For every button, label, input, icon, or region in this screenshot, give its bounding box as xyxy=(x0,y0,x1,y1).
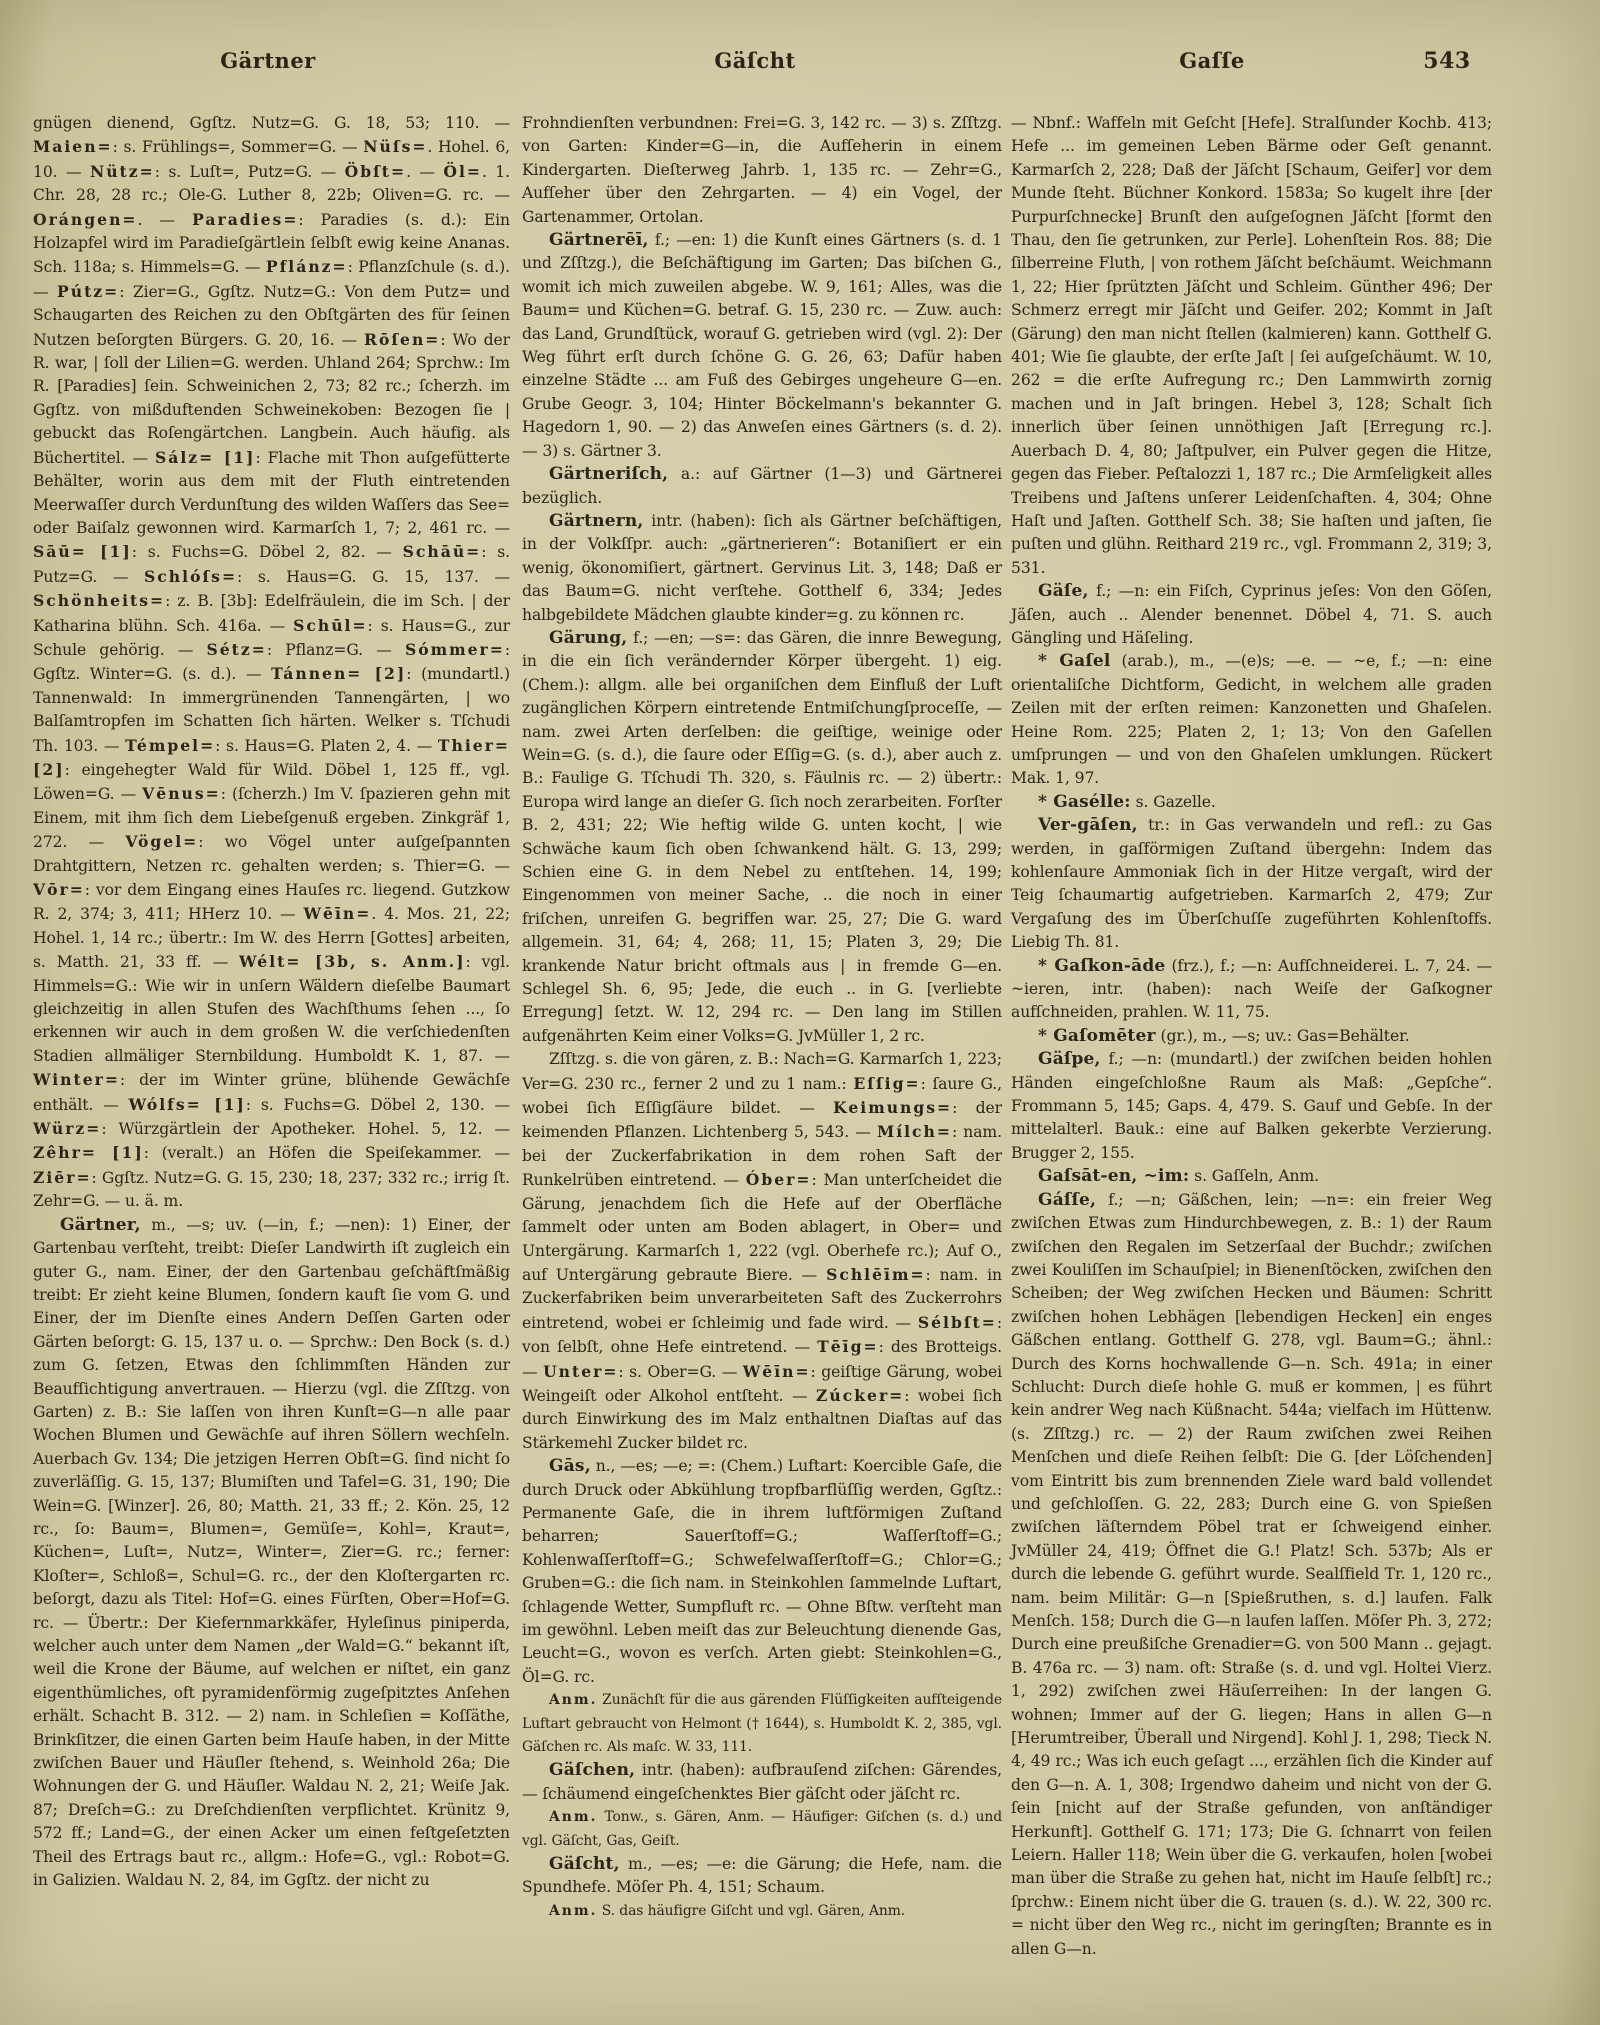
compound-headword: Óber= xyxy=(746,1170,812,1189)
compound-headword: Maien= xyxy=(33,137,113,156)
entry-text: f.; —en: 1) die Kunſt eines Gärtners (s.… xyxy=(522,231,1002,460)
compound-headword: Wélt= [3b, s. Anm.] xyxy=(239,952,465,971)
entry-headword: Gaſsāt-en, ~im: xyxy=(1038,1166,1189,1186)
entry-headword: Gáſſe, xyxy=(1038,1190,1096,1210)
entry-text: : s. Frühlings=, Sommer=G. — xyxy=(113,138,364,156)
entry-headword: * Gasélle: xyxy=(1038,792,1131,812)
compound-headword: Wēīn= xyxy=(743,1362,811,1381)
entry-headword: Gās, xyxy=(549,1456,591,1476)
compound-headword: Würz= xyxy=(33,1119,101,1138)
entry-gaertnern: Gärtnern, intr. (haben): ſich als Gärtne… xyxy=(522,510,1002,627)
entry-text: m., —s; uv. (—in, f.; —nen): 1) Einer, d… xyxy=(33,1216,510,1889)
entry-text: tr.: in Gas verwandeln und refl.: zu Gas… xyxy=(1011,816,1492,951)
compound-headword: Sálz= [1] xyxy=(155,448,255,467)
entry-gasel: * Gaſel (arab.), m., —(e)s; —e. — ~e, f.… xyxy=(1011,650,1492,790)
text-column-left: gnügen dienend, Ggſtz. Nutz=G. G. 18, 53… xyxy=(33,112,510,1892)
entry-text: : s. Ober=G. — xyxy=(618,1363,742,1381)
entry-text: n., —es; —e; =: (Chem.) Luftart: Koercib… xyxy=(522,1457,1002,1686)
entry-text: Frohndienſten verbundnen: Frei=G. 3, 142… xyxy=(522,114,1002,226)
entry-gasometer: * Gaſomēter (gr.), m., —s; uv.: Gas=Behä… xyxy=(1011,1025,1492,1048)
page-number: 543 xyxy=(1392,48,1502,78)
compound-headword: Tánnen= [2] xyxy=(271,664,406,683)
compound-headword: Anm. xyxy=(549,1809,597,1825)
compound-headword: Paradies= xyxy=(192,210,298,229)
compound-headword: Tēīg= xyxy=(817,1337,878,1356)
entry-text: : Würzgärtlein der Apotheker. Hohel. 5, … xyxy=(101,1120,510,1138)
entry-headword: Gärtnerēī, xyxy=(549,230,649,250)
gaerung-zsstzg: Zſſtzg. s. die von gären, z. B.: Nach=G.… xyxy=(522,1048,1002,1455)
entry-headword: Gärtnern, xyxy=(549,511,644,531)
entry-text: : Pflanz=G. — xyxy=(267,641,405,659)
entry-text: : Wo der R. war, | ſoll der Lilien=G. we… xyxy=(33,331,510,467)
compound-headword: Zêhr= [1] xyxy=(33,1143,144,1162)
compound-headword: Zúcker= xyxy=(816,1386,904,1405)
compound-headword: Unter= xyxy=(543,1362,618,1381)
entry-text: : s. Fuchs=G. Döbel 2, 82. — xyxy=(132,543,403,561)
compound-headword: Vōr= xyxy=(33,880,85,899)
text-column-right: — Nbnf.: Waffeln mit Geſcht [Hefe]. Stra… xyxy=(1011,112,1492,1961)
entry-gassaten: Gaſsāt-en, ~im: s. Gaſſeln, Anm. xyxy=(1011,1165,1492,1188)
text-column-center: Frohndienſten verbundnen: Frei=G. 3, 142… xyxy=(522,112,1002,1923)
dictionary-page: Gärtner Gäſcht Gaſſe 543 gnügen dienend,… xyxy=(0,0,1600,2025)
entry-text: s. Gaſſeln, Anm. xyxy=(1189,1167,1319,1185)
entry-text: S. das häufigre Giſcht und vgl. Gären, A… xyxy=(597,1903,905,1919)
entry-text: (arab.), m., —(e)s; —e. — ~e, f.; —n: ei… xyxy=(1011,652,1492,787)
compound-headword: Nüſs= xyxy=(363,137,427,156)
entry-text: : s. Haus=G. G. 15, 137. — xyxy=(237,568,510,586)
entry-text: : s. Fuchs=G. Döbel 2, 130. — xyxy=(246,1096,510,1114)
entry-text: s. Gazelle. xyxy=(1131,793,1216,811)
entry-gaskonade: * Gaſkon-āde (frz.), f.; —n: Aufſchneide… xyxy=(1011,955,1492,1025)
compound-headword: Wólfs= [1] xyxy=(129,1095,246,1114)
gaeschen-anm: Anm. Tonw., s. Gären, Anm. — Häufiger: G… xyxy=(522,1806,1002,1853)
entry-text: : s. Luſt=, Putz=G. — xyxy=(155,163,345,181)
gas-anm: Anm. Zunächſt für die aus gärenden Flüſſ… xyxy=(522,1689,1002,1759)
entry-headword: Gäſcht, xyxy=(549,1854,620,1874)
entry-text: : Ggſtz. Nutz=G. G. 15, 230; 18, 237; 33… xyxy=(33,1169,510,1210)
entry-vergasen: Ver-gāſen, tr.: in Gas verwandeln und re… xyxy=(1011,814,1492,954)
entry-headword: Gärtner, xyxy=(60,1215,141,1235)
entry-headword: Gäſe, xyxy=(1038,581,1089,601)
compound-headword: Winter= xyxy=(33,1070,120,1089)
compound-headword: Sāū= [1] xyxy=(33,542,132,561)
running-head-catchword-right: Gaſſe xyxy=(1112,48,1312,78)
entry-text: (gr.), m., —s; uv.: Gas=Behälter. xyxy=(1156,1027,1410,1045)
entry-gas: Gās, n., —es; —e; =: (Chem.) Luftart: Ko… xyxy=(522,1455,1002,1689)
entry-gaescht: Gäſcht, m., —es; —e: die Gärung; die Hef… xyxy=(522,1853,1002,1900)
compound-headword: Ziēr= xyxy=(33,1168,92,1187)
compound-headword: Schūl= xyxy=(293,616,367,635)
entry-headword: Gäſpe, xyxy=(1038,1049,1101,1069)
running-head-catchword-left: Gärtner xyxy=(168,48,368,78)
compound-headword: Anm. xyxy=(549,1692,597,1708)
compound-headword: Rōſen= xyxy=(364,330,440,349)
compound-headword: Sétz= xyxy=(207,640,267,659)
entry-headword: Ver-gāſen, xyxy=(1038,815,1138,835)
gaescht-continuation: — Nbnf.: Waffeln mit Geſcht [Hefe]. Stra… xyxy=(1011,112,1492,580)
running-head-catchword-center: Gäſcht xyxy=(655,48,855,78)
entry-gaese: Gäſe, f.; —n: ein Fiſch, Cyprinus jeſes:… xyxy=(1011,580,1492,650)
compound-headword: Témpel= xyxy=(125,736,215,755)
entry-headword: * Gaſel xyxy=(1038,651,1111,671)
compound-headword: Pflánz= xyxy=(266,257,348,276)
entry-gaselle: * Gasélle: s. Gazelle. xyxy=(1011,791,1492,814)
compound-headword: Nütz= xyxy=(90,162,155,181)
compound-headword: Pútz= xyxy=(57,282,119,301)
compound-headword: Eſſig= xyxy=(853,1074,920,1093)
compound-headword: Öbſt= xyxy=(345,162,406,181)
entry-text: . — xyxy=(406,163,443,181)
compound-headword: Schönheits= xyxy=(33,591,165,610)
entry-gaertner-continuation: Frohndienſten verbundnen: Frei=G. 3, 142… xyxy=(522,112,1002,229)
compound-headword: Öl= xyxy=(443,162,482,181)
compound-headword: Schāū= xyxy=(403,542,482,561)
entry-text: f.; —en; —s=: das Gären, die innre Beweg… xyxy=(522,629,1002,1045)
compound-headword: Mílch= xyxy=(877,1122,952,1141)
gaescht-anm: Anm. S. das häufigre Giſcht und vgl. Gär… xyxy=(522,1900,1002,1923)
compound-headword: Schlēīm= xyxy=(826,1265,925,1284)
compound-headword: Vēnus= xyxy=(142,784,221,803)
entry-text: f.; —n; Gäßchen, lein; —n=: ein freier W… xyxy=(1011,1191,1492,1958)
entry-headword: * Gaſkon-āde xyxy=(1038,956,1165,976)
compound-headword: Anm. xyxy=(549,1903,597,1919)
entry-headword: * Gaſomēter xyxy=(1038,1026,1156,1046)
garten-compounds-continuation: gnügen dienend, Ggſtz. Nutz=G. G. 18, 53… xyxy=(33,112,510,1214)
compound-headword: Sómmer= xyxy=(405,640,505,659)
entry-gaertnerisch: Gärtneriſch, a.: auf Gärtner (1—3) und G… xyxy=(522,463,1002,510)
entry-text: . — xyxy=(137,211,192,229)
compound-headword: Schlóſs= xyxy=(144,567,237,586)
entry-text: gnügen dienend, Ggſtz. Nutz=G. G. 18, 53… xyxy=(33,114,510,132)
compound-headword: Keimungs= xyxy=(833,1098,952,1117)
entry-gaerung: Gärung, f.; —en; —s=: das Gären, die inn… xyxy=(522,627,1002,1048)
entry-gaeschen: Gäſchen, intr. (haben): aufbrauſend ziſc… xyxy=(522,1759,1002,1806)
compound-headword: Orángen= xyxy=(33,210,137,229)
compound-headword: Sélbſt= xyxy=(918,1313,997,1332)
entry-gaertner: Gärtner, m., —s; uv. (—in, f.; —nen): 1)… xyxy=(33,1214,510,1893)
compound-headword: Wēīn= xyxy=(304,904,372,923)
entry-text: — Nbnf.: Waffeln mit Geſcht [Hefe]. Stra… xyxy=(1011,114,1492,577)
entry-headword: Gäſchen, xyxy=(549,1760,635,1780)
compound-headword: Vögel= xyxy=(125,832,198,851)
entry-gasse: Gáſſe, f.; —n; Gäßchen, lein; —n=: ein f… xyxy=(1011,1189,1492,1961)
entry-gaespe: Gäſpe, f.; —n: (mundartl.) der zwiſchen … xyxy=(1011,1048,1492,1165)
entry-text: : (veralt.) an Höfen die Speiſekammer. — xyxy=(144,1144,510,1162)
entry-headword: Gärtneriſch, xyxy=(549,464,668,484)
entry-headword: Gärung, xyxy=(549,628,627,648)
entry-gaertnerei: Gärtnerēī, f.; —en: 1) die Kunſt eines G… xyxy=(522,229,1002,463)
entry-text: : s. Haus=G. Platen 2, 4. — xyxy=(215,737,438,755)
